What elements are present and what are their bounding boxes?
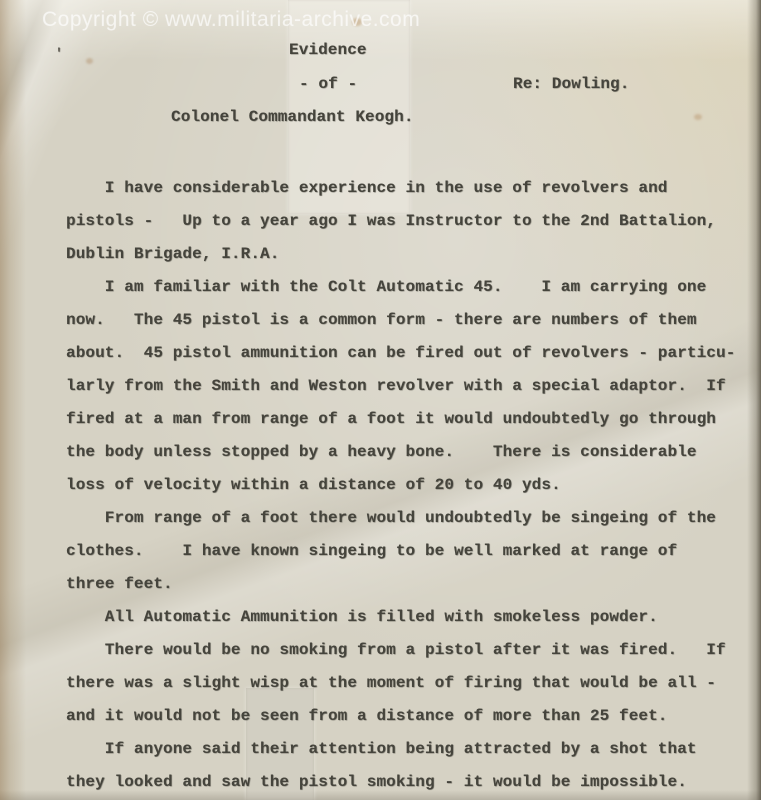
text-line: they looked and saw the pistol smoking -… (66, 766, 756, 799)
document-reference: Re: Dowling. (513, 75, 629, 93)
text-line: there was a slight wisp at the moment of… (66, 667, 756, 700)
witness-name: Colonel Commandant Keogh. (171, 108, 414, 126)
text-line: three feet. (66, 568, 756, 601)
document-title: Evidence (289, 41, 367, 59)
text-line: and it would not be seen from a distance… (66, 700, 756, 733)
text-line: fired at a man from range of a foot it w… (66, 403, 756, 436)
text-line: Dublin Brigade, I.R.A. (66, 238, 756, 271)
text-line: All Automatic Ammunition is filled with … (66, 601, 756, 634)
stray-typed-mark: ' (55, 46, 63, 61)
text-line: From range of a foot there would undoubt… (66, 502, 756, 535)
text-line: If anyone said their attention being att… (66, 733, 756, 766)
text-line: larly from the Smith and Weston revolver… (66, 370, 756, 403)
text-line: I have considerable experience in the us… (66, 172, 756, 205)
document-scan: Copyright © www.militaria-archive.com ' … (0, 0, 761, 800)
text-line: I am familiar with the Colt Automatic 45… (66, 271, 756, 304)
text-line: loss of velocity within a distance of 20… (66, 469, 756, 502)
document-subtitle: - of - (299, 75, 357, 93)
text-line: the body unless stopped by a heavy bone.… (66, 436, 756, 469)
text-line: now. The 45 pistol is a common form - th… (66, 304, 756, 337)
text-line: about. 45 pistol ammunition can be fired… (66, 337, 756, 370)
typewritten-body: I have considerable experience in the us… (66, 172, 756, 799)
text-line: There would be no smoking from a pistol … (66, 634, 756, 667)
paper-stain (694, 114, 702, 120)
copyright-watermark: Copyright © www.militaria-archive.com (42, 8, 420, 32)
text-line: clothes. I have known singeing to be wel… (66, 535, 756, 568)
paper-stain (86, 58, 93, 64)
text-line: pistols - Up to a year ago I was Instruc… (66, 205, 756, 238)
